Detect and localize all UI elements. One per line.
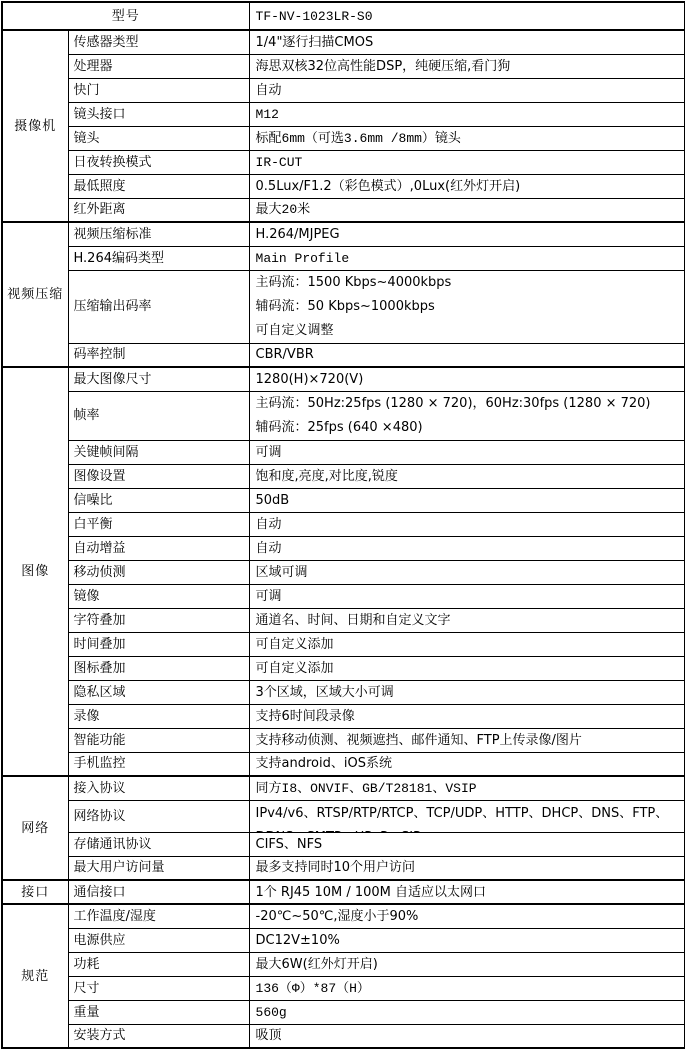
- spec-label: 字符叠加: [68, 608, 249, 632]
- table-row: 处理器海思双核32位高性能DSP，纯硬压缩,看门狗: [2, 54, 685, 78]
- spec-label: 网络协议: [68, 800, 249, 832]
- category-cell: 网络: [2, 776, 68, 880]
- spec-label: 电源供应: [68, 928, 249, 952]
- spec-value: DC12V±10%: [249, 928, 685, 952]
- category-cell: 接口: [2, 880, 68, 904]
- table-row: 自动增益自动: [2, 536, 685, 560]
- spec-value: Main Profile: [249, 246, 685, 270]
- spec-value: 主码流：50Hz:25fps (1280 × 720)，60Hz:30fps (…: [249, 391, 685, 440]
- model-value: TF-NV-1023LR-S0: [249, 2, 685, 30]
- table-row: 帧率主码流：50Hz:25fps (1280 × 720)，60Hz:30fps…: [2, 391, 685, 440]
- table-row: 日夜转换模式IR-CUT: [2, 150, 685, 174]
- spec-label: 最大图像尺寸: [68, 367, 249, 391]
- spec-label: 工作温度/湿度: [68, 904, 249, 928]
- spec-value: 50dB: [249, 488, 685, 512]
- spec-value-line: 主码流：1500 Kbps~4000kbps: [256, 271, 685, 295]
- spec-label: 快门: [68, 78, 249, 102]
- table-row: 字符叠加通道名、时间、日期和自定义文字: [2, 608, 685, 632]
- spec-value: 最大6W(红外灯开启): [249, 952, 685, 976]
- spec-sheet-page: { "table": { "header": { "label": "型号", …: [0, 1, 685, 1049]
- spec-value: 自动: [249, 78, 685, 102]
- spec-label: 尺寸: [68, 976, 249, 1000]
- spec-value: 136（Φ）*87（H）: [249, 976, 685, 1000]
- spec-label: 镜头接口: [68, 102, 249, 126]
- table-row: 录像支持6时间段录像: [2, 704, 685, 728]
- spec-value: 标配6mm（可选3.6mm /8mm）镜头: [249, 126, 685, 150]
- table-row: 最大用户访问量最多支持同时10个用户访问: [2, 856, 685, 880]
- table-row: 网络接入协议同方I8、ONVIF、GB/T28181、VSIP: [2, 776, 685, 800]
- table-row: 快门自动: [2, 78, 685, 102]
- spec-label: 帧率: [68, 391, 249, 440]
- table-row: 码率控制CBR/VBR: [2, 343, 685, 367]
- spec-label: 信噪比: [68, 488, 249, 512]
- spec-value: 区域可调: [249, 560, 685, 584]
- spec-label: H.264编码类型: [68, 246, 249, 270]
- spec-value: 可自定义添加: [249, 656, 685, 680]
- table-row: 电源供应DC12V±10%: [2, 928, 685, 952]
- spec-value: 吸顶: [249, 1024, 685, 1048]
- spec-value-lines: 主码流：1500 Kbps~4000kbps辅码流：50 Kbps~1000kb…: [256, 271, 685, 343]
- spec-label: 最大用户访问量: [68, 856, 249, 880]
- spec-value-lines: 主码流：50Hz:25fps (1280 × 720)，60Hz:30fps (…: [256, 392, 685, 440]
- spec-value: 饱和度,亮度,对比度,锐度: [249, 464, 685, 488]
- spec-label: 图像设置: [68, 464, 249, 488]
- spec-label: 自动增益: [68, 536, 249, 560]
- spec-value: H.264/MJPEG: [249, 222, 685, 246]
- spec-label: 手机监控: [68, 752, 249, 776]
- spec-value: CIFS、NFS: [249, 832, 685, 856]
- table-row: 镜像可调: [2, 584, 685, 608]
- table-row: 白平衡自动: [2, 512, 685, 536]
- model-row: 型号 TF-NV-1023LR-S0: [2, 2, 685, 30]
- table-row: 信噪比50dB: [2, 488, 685, 512]
- spec-value: 自动: [249, 512, 685, 536]
- spec-value: 支持android、iOS系统: [249, 752, 685, 776]
- spec-value: 可自定义添加: [249, 632, 685, 656]
- table-row: 安装方式吸顶: [2, 1024, 685, 1048]
- spec-label: 镜像: [68, 584, 249, 608]
- table-row: 摄像机传感器类型1/4"逐行扫描CMOS: [2, 30, 685, 54]
- table-row: 镜头接口M12: [2, 102, 685, 126]
- table-row: 视频压缩视频压缩标准H.264/MJPEG: [2, 222, 685, 246]
- spec-value: 0.5Lux/F1.2（彩色模式）,0Lux(红外灯开启): [249, 174, 685, 198]
- spec-value-line: IPv4/v6、RTSP/RTP/RTCP、TCP/UDP、HTTP、DHCP、…: [256, 801, 685, 825]
- spec-label: 接入协议: [68, 776, 249, 800]
- spec-value: 最多支持同时10个用户访问: [249, 856, 685, 880]
- spec-label: 最低照度: [68, 174, 249, 198]
- table-row: 最低照度0.5Lux/F1.2（彩色模式）,0Lux(红外灯开启): [2, 174, 685, 198]
- table-row: 移动侦测区域可调: [2, 560, 685, 584]
- table-row: 重量560g: [2, 1000, 685, 1024]
- spec-value: 支持移动侦测、视频遮挡、邮件通知、FTP上传录像/图片: [249, 728, 685, 752]
- table-row: 镜头标配6mm（可选3.6mm /8mm）镜头: [2, 126, 685, 150]
- spec-value: 支持6时间段录像: [249, 704, 685, 728]
- table-row: 隐私区域3个区域，区域大小可调: [2, 680, 685, 704]
- spec-value: 1个 RJ45 10M / 100M 自适应以太网口: [249, 880, 685, 904]
- category-cell: 图像: [2, 367, 68, 776]
- spec-value: M12: [249, 102, 685, 126]
- spec-value: 最大20米: [249, 198, 685, 222]
- spec-value: 3个区域，区域大小可调: [249, 680, 685, 704]
- spec-label: 传感器类型: [68, 30, 249, 54]
- table-row: 存储通讯协议CIFS、NFS: [2, 832, 685, 856]
- category-cell: 摄像机: [2, 30, 68, 222]
- spec-value-lines: IPv4/v6、RTSP/RTP/RTCP、TCP/UDP、HTTP、DHCP、…: [256, 801, 685, 832]
- spec-value: 同方I8、ONVIF、GB/T28181、VSIP: [249, 776, 685, 800]
- spec-value: 560g: [249, 1000, 685, 1024]
- spec-label: 压缩输出码率: [68, 270, 249, 343]
- spec-value: CBR/VBR: [249, 343, 685, 367]
- spec-value: 自动: [249, 536, 685, 560]
- spec-value-line: DDNS、SMTP、UPnP、SIP: [256, 825, 685, 832]
- table-row: 智能功能支持移动侦测、视频遮挡、邮件通知、FTP上传录像/图片: [2, 728, 685, 752]
- spec-value: 可调: [249, 440, 685, 464]
- table-row: 关键帧间隔可调: [2, 440, 685, 464]
- spec-value: 可调: [249, 584, 685, 608]
- spec-value: 主码流：1500 Kbps~4000kbps辅码流：50 Kbps~1000kb…: [249, 270, 685, 343]
- spec-value: -20℃~50℃,湿度小于90%: [249, 904, 685, 928]
- spec-value: IR-CUT: [249, 150, 685, 174]
- spec-label: 日夜转换模式: [68, 150, 249, 174]
- spec-label: 移动侦测: [68, 560, 249, 584]
- spec-label: 时间叠加: [68, 632, 249, 656]
- table-row: 图标叠加可自定义添加: [2, 656, 685, 680]
- spec-value: IPv4/v6、RTSP/RTP/RTCP、TCP/UDP、HTTP、DHCP、…: [249, 800, 685, 832]
- spec-label: 处理器: [68, 54, 249, 78]
- spec-label: 通信接口: [68, 880, 249, 904]
- spec-label: 智能功能: [68, 728, 249, 752]
- table-row: 压缩输出码率主码流：1500 Kbps~4000kbps辅码流：50 Kbps~…: [2, 270, 685, 343]
- table-row: 图像设置饱和度,亮度,对比度,锐度: [2, 464, 685, 488]
- spec-value-line: 主码流：50Hz:25fps (1280 × 720)，60Hz:30fps (…: [256, 392, 685, 416]
- spec-label: 码率控制: [68, 343, 249, 367]
- spec-label: 重量: [68, 1000, 249, 1024]
- spec-label: 功耗: [68, 952, 249, 976]
- table-row: 图像最大图像尺寸1280(H)×720(V): [2, 367, 685, 391]
- spec-label: 图标叠加: [68, 656, 249, 680]
- spec-label: 镜头: [68, 126, 249, 150]
- table-row: 时间叠加可自定义添加: [2, 632, 685, 656]
- spec-value-line: 可自定义调整: [256, 319, 685, 343]
- table-row: 功耗最大6W(红外灯开启): [2, 952, 685, 976]
- table-row: 规范工作温度/湿度-20℃~50℃,湿度小于90%: [2, 904, 685, 928]
- category-cell: 规范: [2, 904, 68, 1048]
- model-label: 型号: [2, 2, 249, 30]
- table-row: 手机监控支持android、iOS系统: [2, 752, 685, 776]
- category-cell: 视频压缩: [2, 222, 68, 367]
- spec-value-line: 辅码流：25fps (640 ×480): [256, 416, 685, 440]
- table-row: H.264编码类型Main Profile: [2, 246, 685, 270]
- spec-table: 型号 TF-NV-1023LR-S0 摄像机传感器类型1/4"逐行扫描CMOS处…: [1, 1, 685, 1049]
- spec-value: 海思双核32位高性能DSP，纯硬压缩,看门狗: [249, 54, 685, 78]
- spec-label: 隐私区域: [68, 680, 249, 704]
- spec-label: 存储通讯协议: [68, 832, 249, 856]
- spec-label: 红外距离: [68, 198, 249, 222]
- spec-label: 录像: [68, 704, 249, 728]
- spec-value: 1280(H)×720(V): [249, 367, 685, 391]
- table-row: 接口通信接口1个 RJ45 10M / 100M 自适应以太网口: [2, 880, 685, 904]
- spec-value-line: 辅码流：50 Kbps~1000kbps: [256, 295, 685, 319]
- spec-label: 关键帧间隔: [68, 440, 249, 464]
- table-row: 网络协议IPv4/v6、RTSP/RTP/RTCP、TCP/UDP、HTTP、D…: [2, 800, 685, 832]
- spec-label: 安装方式: [68, 1024, 249, 1048]
- spec-value: 1/4"逐行扫描CMOS: [249, 30, 685, 54]
- table-row: 红外距离最大20米: [2, 198, 685, 222]
- table-row: 尺寸136（Φ）*87（H）: [2, 976, 685, 1000]
- spec-value: 通道名、时间、日期和自定义文字: [249, 608, 685, 632]
- spec-label: 视频压缩标准: [68, 222, 249, 246]
- spec-label: 白平衡: [68, 512, 249, 536]
